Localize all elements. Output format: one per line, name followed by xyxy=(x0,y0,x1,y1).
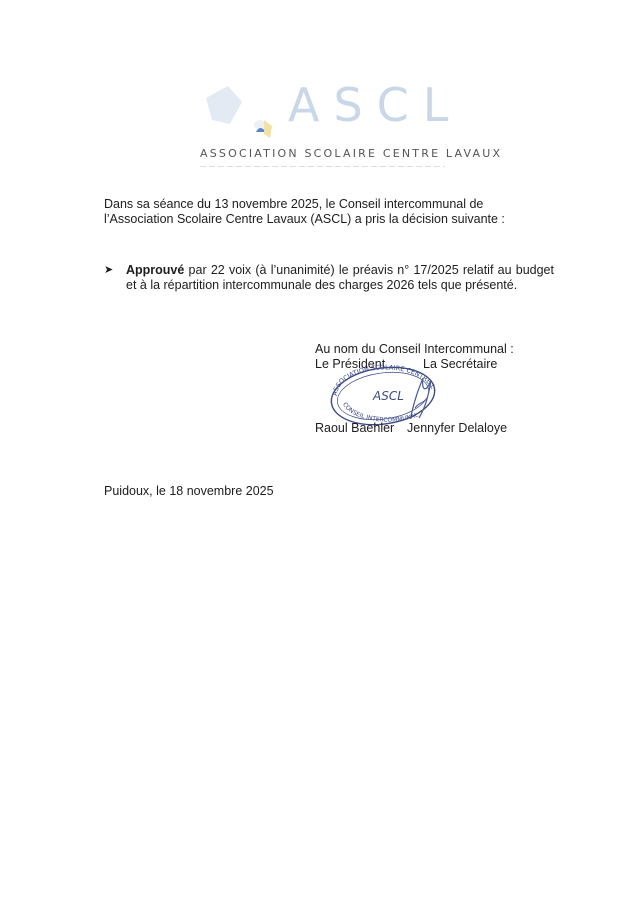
signature-heading: Au nom du Conseil Intercommunal : xyxy=(315,342,514,356)
intro-paragraph: Dans sa séance du 13 novembre 2025, le C… xyxy=(104,197,554,227)
arrow-bullet-icon: ➤ xyxy=(104,263,113,276)
logo-icon xyxy=(200,80,280,140)
decision-body: par 22 voix (à l’unanimité) le préavis n… xyxy=(126,263,554,292)
place-date: Puidoux, le 18 novembre 2025 xyxy=(104,484,274,498)
president-name: Raoul Baehler xyxy=(315,421,394,435)
organization-name: ASSOCIATION SCOLAIRE CENTRE LAVAUX xyxy=(200,147,502,160)
secretary-name: Jennyfer Delaloye xyxy=(407,421,507,435)
stamp-center-text: ASCL xyxy=(372,389,404,403)
official-stamp: ASSOCIATION SCOLAIRE CENTRE LAVAUX ASCL … xyxy=(323,358,443,428)
decision-text: Approuvé par 22 voix (à l’unanimité) le … xyxy=(126,263,554,293)
logo-wordmark: ASCL xyxy=(288,78,462,132)
header-divider xyxy=(200,166,445,167)
decision-lead: Approuvé xyxy=(126,263,184,277)
